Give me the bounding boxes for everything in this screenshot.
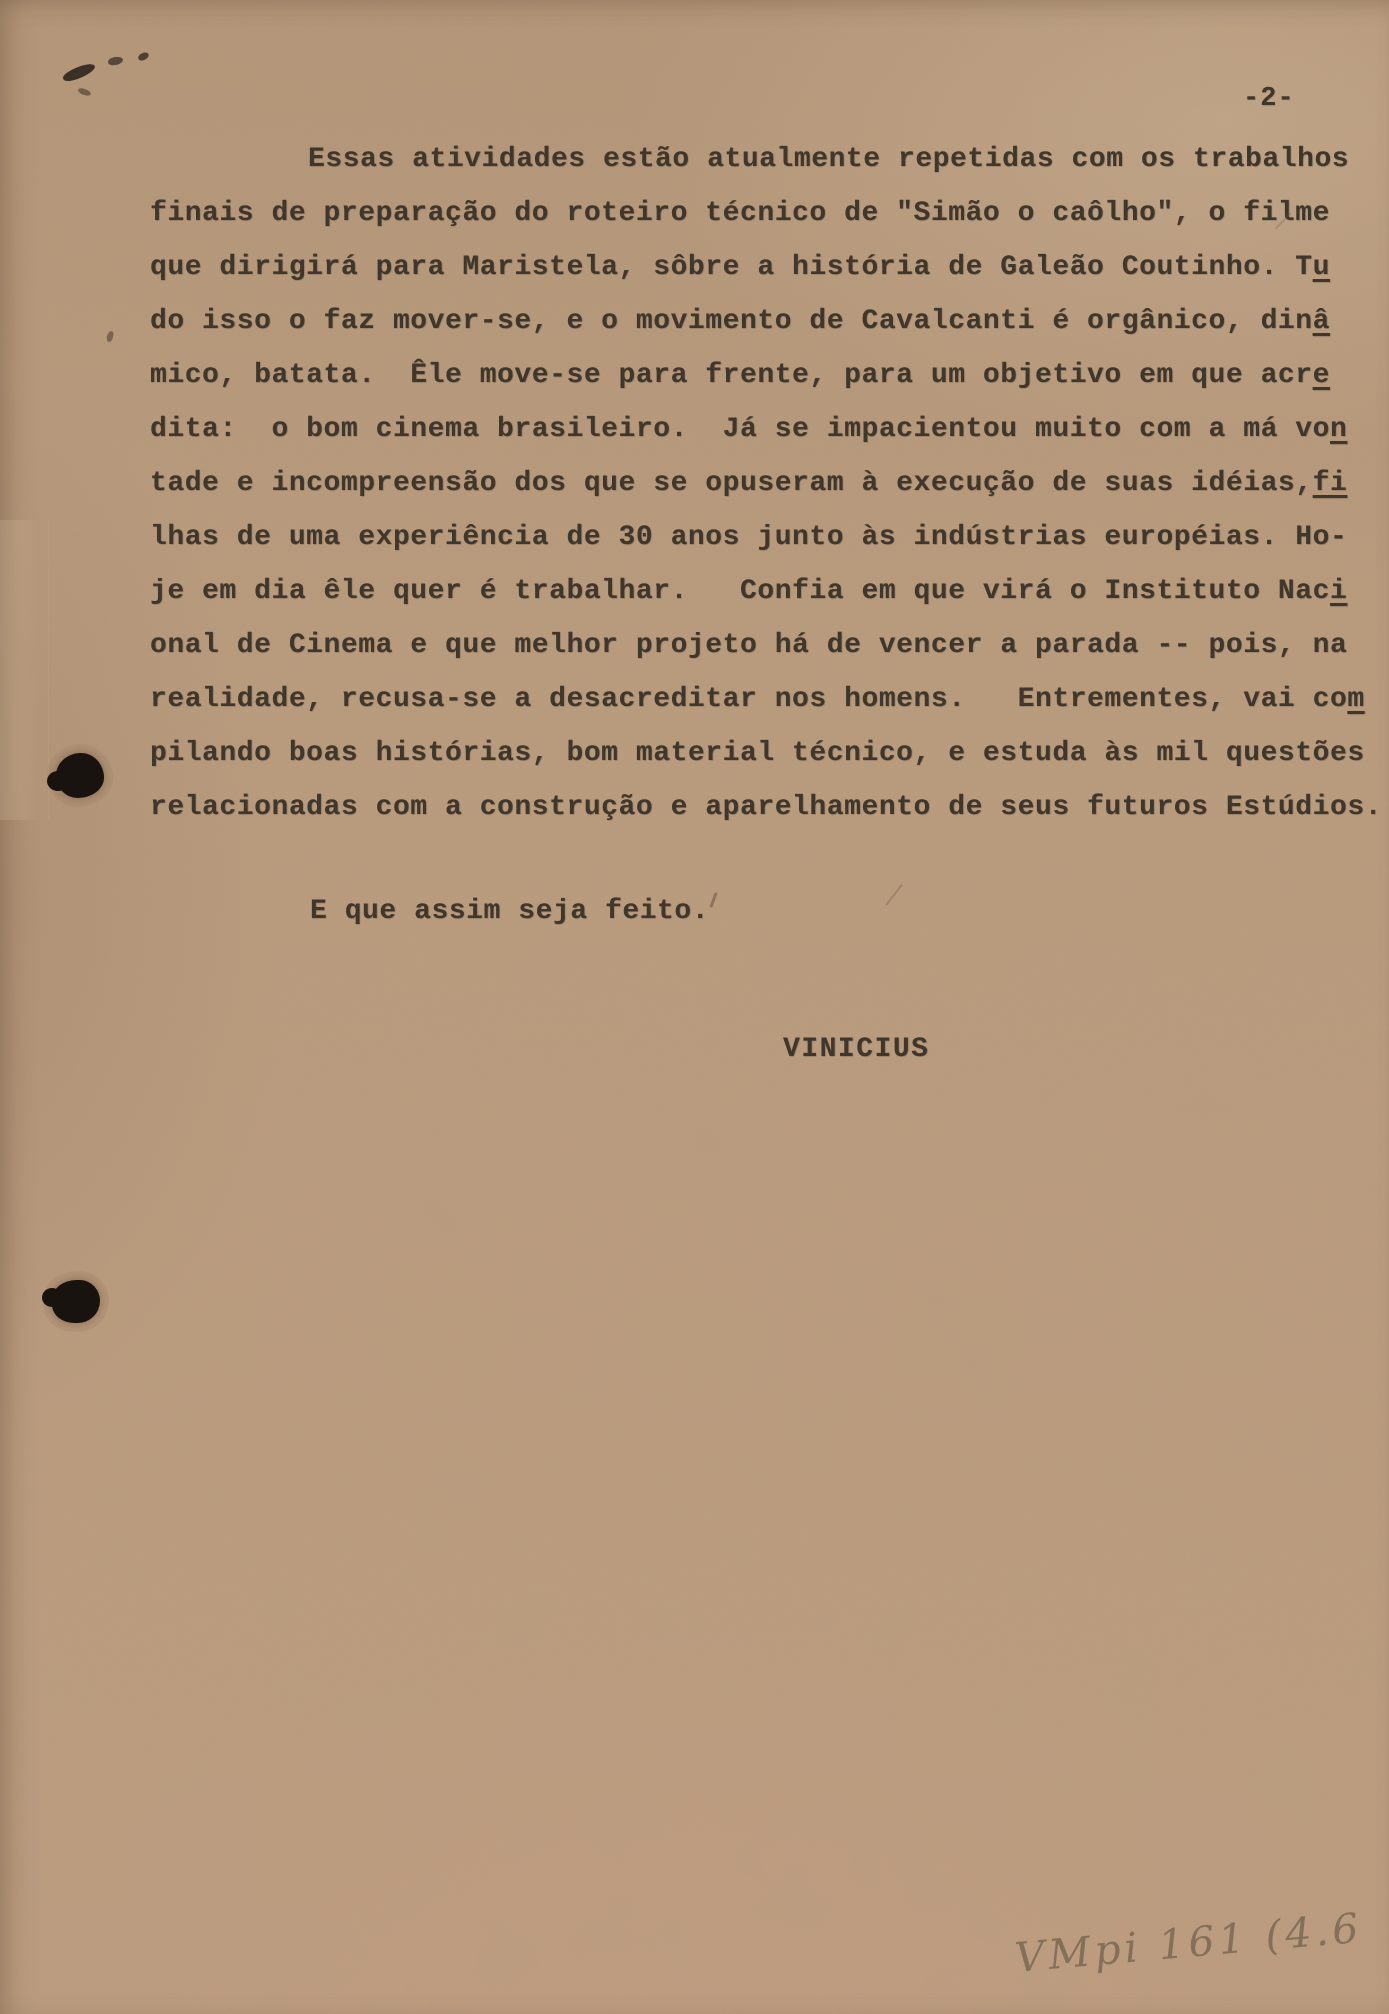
typed-line: realidade, recusa-se a desacreditar nos … [150, 673, 1365, 727]
torn-edge [0, 520, 49, 820]
typed-line: finais de preparação do roteiro técnico … [150, 187, 1365, 241]
typed-line: onal de Cinema e que melhor projeto há d… [150, 619, 1365, 673]
typed-line: do isso o faz mover-se, e o movimento de… [150, 295, 1365, 349]
punch-hole [52, 1280, 100, 1323]
typed-line: je em dia êle quer é trabalhar. Confia e… [150, 565, 1365, 619]
typed-line: relacionadas com a construção e aparelha… [150, 781, 1365, 835]
scanned-document-page: -2- Essas atividades estão atualmente re… [0, 0, 1389, 2014]
punch-hole [56, 753, 104, 798]
signature: VINICIUS [783, 1023, 929, 1077]
typed-line: dita: o bom cinema brasileiro. Já se imp… [150, 403, 1365, 457]
handwritten-annotation: VMpi 161 (4.6 [1013, 1897, 1389, 1981]
stray-ink-mark [106, 330, 114, 342]
typed-line: Essas atividades estão atualmente repeti… [150, 133, 1365, 187]
typed-text-block: Essas atividades estão atualmente repeti… [150, 133, 1365, 835]
paper-crease [885, 884, 903, 906]
closing-line: E que assim seja feito. [310, 885, 709, 939]
pencil-tick-mark [709, 892, 717, 908]
typed-line: mico, batata. Êle move-se para frente, p… [150, 349, 1365, 403]
typed-line: que dirigirá para Maristela, sôbre a his… [150, 241, 1365, 295]
typed-line: lhas de uma experiência de 30 anos junto… [150, 511, 1365, 565]
page-number: -2- [1243, 84, 1295, 114]
typed-line: pilando boas histórias, bom material téc… [150, 727, 1365, 781]
ink-smudge [50, 45, 190, 115]
typed-line: tade e incompreensão dos que se opuseram… [150, 457, 1365, 511]
